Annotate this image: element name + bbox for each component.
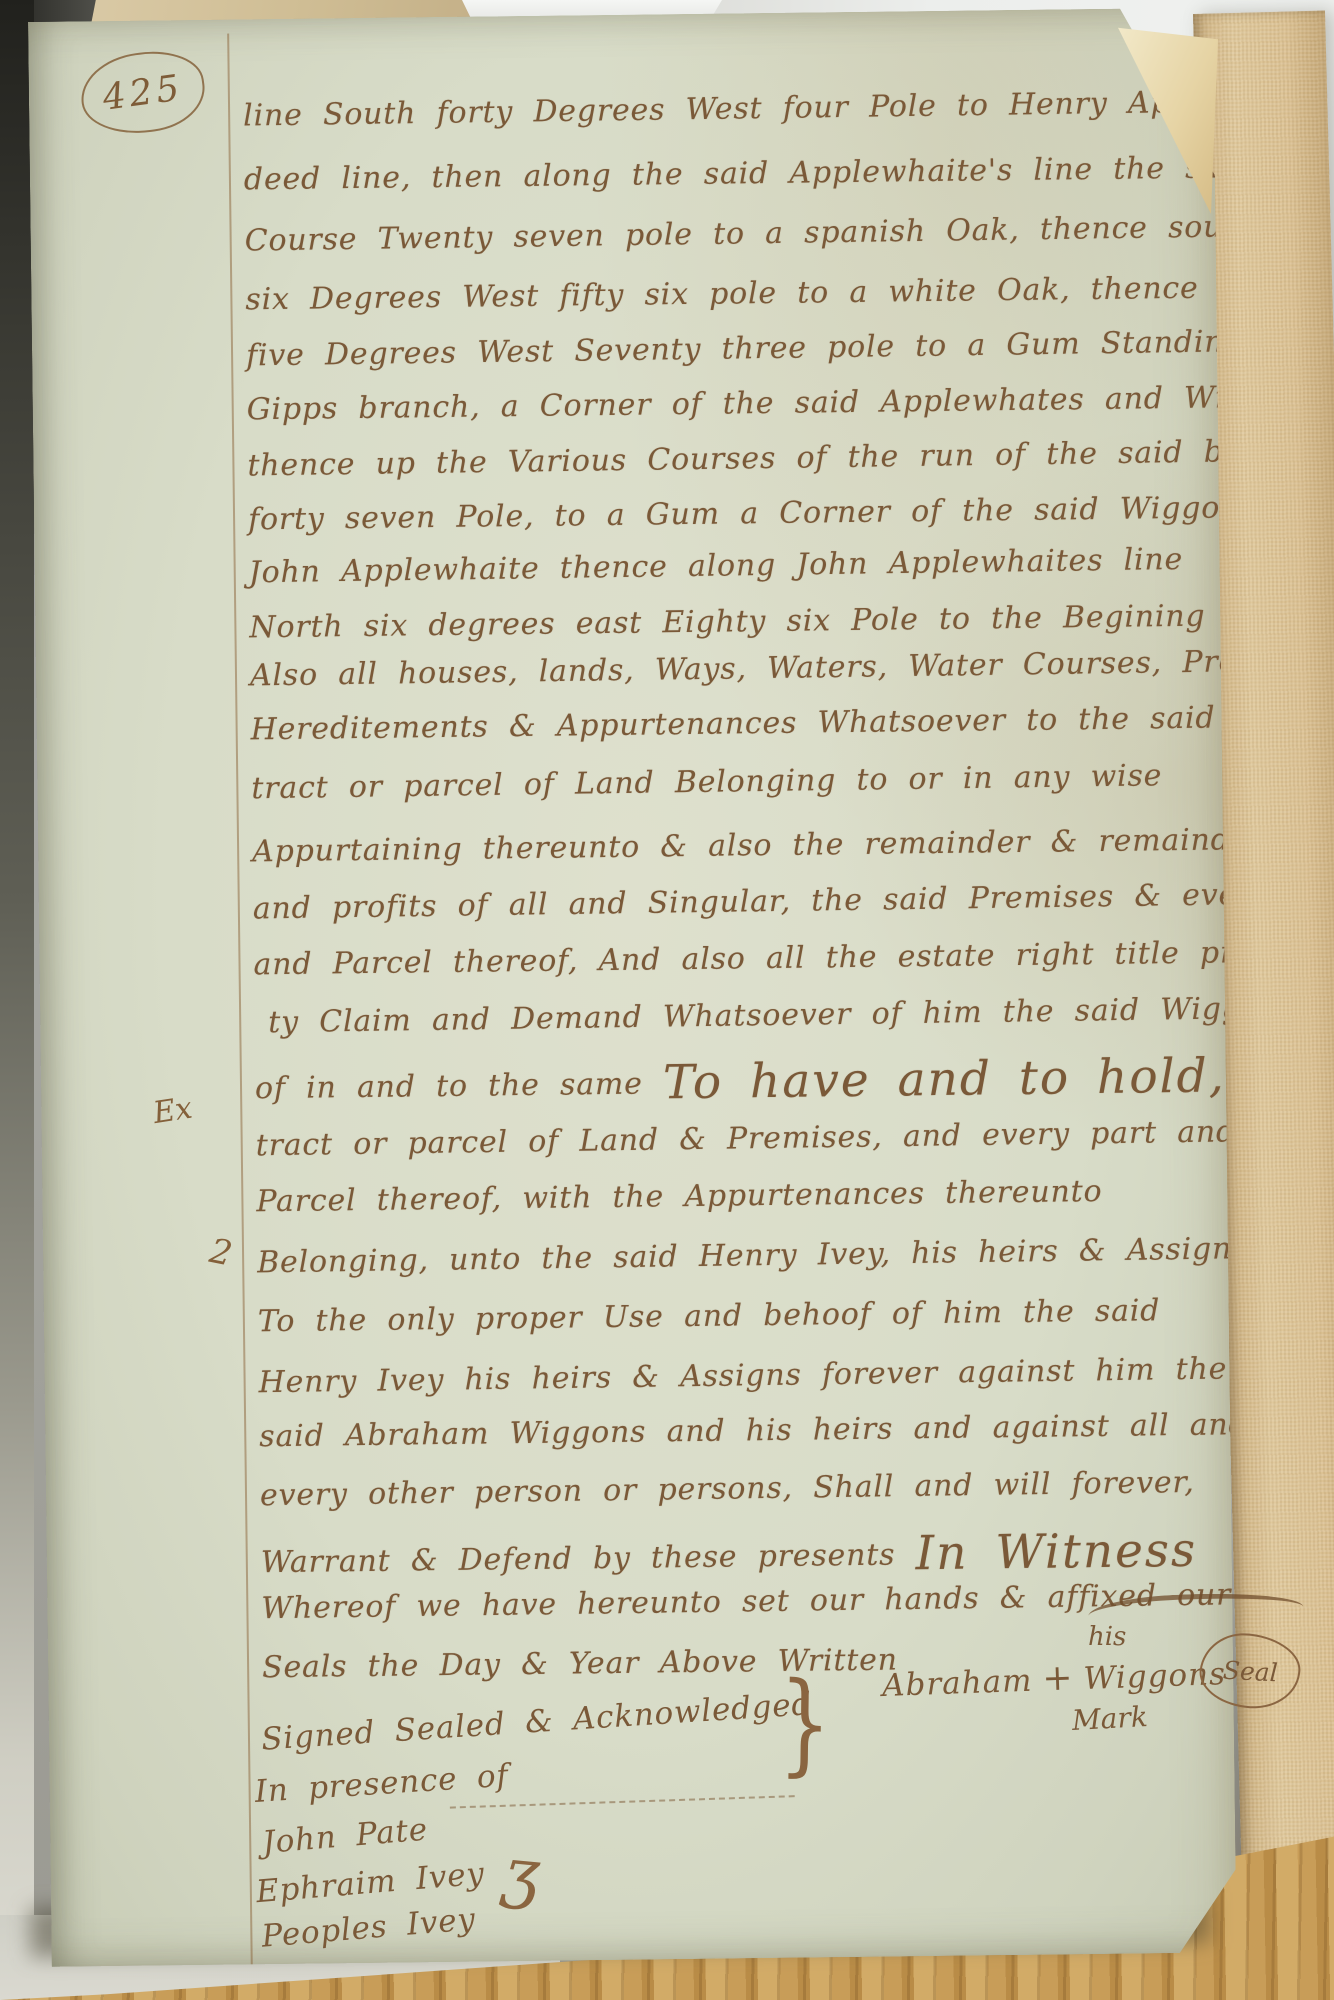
deed-line: Hereditements & Appurtenances Whatsoever… xyxy=(250,701,1215,748)
deed-line: Parcel thereof, with the Appurtenances t… xyxy=(256,1174,1102,1219)
his-label: his xyxy=(1088,1622,1126,1652)
deed-line: five Degrees West Seventy three pole to … xyxy=(246,323,1296,373)
witness-flourish: ʒ xyxy=(499,1833,543,1913)
in-witness: In Witness xyxy=(915,1523,1197,1581)
deed-line: ty Claim and Demand Whatsoever of him th… xyxy=(268,990,1297,1040)
deed-line: of in and to the same To have and to hol… xyxy=(255,1047,1334,1116)
deed-line: Henry Ivey his heirs & Assigns forever a… xyxy=(258,1351,1227,1400)
deed-line: Belonging, unto the said Henry Ivey, his… xyxy=(257,1231,1260,1280)
deed-line: Course Twenty seven pole to a spanish Oa… xyxy=(244,208,1334,259)
margin-rule-line xyxy=(227,34,253,1965)
deed-line: Also all houses, lands, Ways, Waters, Wa… xyxy=(250,643,1299,693)
deed-line: and Parcel thereof, And also all the est… xyxy=(253,934,1308,982)
signed-sealed-line: Signed Sealed & Acknowledged xyxy=(260,1686,813,1758)
witness-name: Peoples Ivey xyxy=(260,1901,477,1954)
deed-line: deed line, then along the said Applewhai… xyxy=(244,150,1268,198)
attestation-brace: } xyxy=(778,1659,832,1789)
deed-line: six Degrees West fifty six pole to a whi… xyxy=(245,269,1334,317)
to-have-and-to-hold: To have and to hold, xyxy=(663,1048,1226,1110)
mark-label: Mark xyxy=(1071,1700,1148,1737)
deed-line: Gipps branch, a Corner of the said Apple… xyxy=(247,379,1321,427)
deed-line: To the only proper Use and behoof of him… xyxy=(258,1293,1161,1339)
deed-line: forty seven Pole, to a Gum a Corner of t… xyxy=(248,489,1334,537)
deed-line: tract or parcel of Land Belonging to or … xyxy=(251,758,1162,806)
deed-line: every other person or persons, Shall and… xyxy=(260,1465,1195,1513)
left-edge-shadow xyxy=(0,0,34,2000)
presence-line: In presence of xyxy=(254,1758,510,1810)
deed-line: tract or parcel of Land & Premises, and … xyxy=(255,1114,1236,1163)
deed-line: said Abraham Wiggons and his heirs and a… xyxy=(259,1407,1249,1454)
photo-scene: 425 Ex 2 line South forty Degrees West f… xyxy=(0,0,1334,2000)
witness-name: John Pate xyxy=(261,1812,429,1861)
seal-label: Seal xyxy=(1222,1655,1278,1687)
page-number: 425 xyxy=(100,67,185,118)
margin-mark-ex: Ex xyxy=(151,1091,195,1131)
page-number-oval: 425 xyxy=(76,45,210,141)
deed-line: Appurtaining thereunto & also the remain… xyxy=(252,820,1334,869)
deed-line: thence up the Various Courses of the run… xyxy=(247,433,1315,483)
deed-line: and profits of all and Singular, the sai… xyxy=(253,876,1334,927)
presence-dotted-line xyxy=(450,1795,795,1808)
deed-line: John Applewhaite thence along John Apple… xyxy=(248,542,1183,590)
margin-mark-flourish: 2 xyxy=(206,1231,235,1274)
signature-mark-cross: + xyxy=(1032,1657,1085,1700)
deed-line: North six degrees east Eighty six Pole t… xyxy=(249,598,1257,645)
